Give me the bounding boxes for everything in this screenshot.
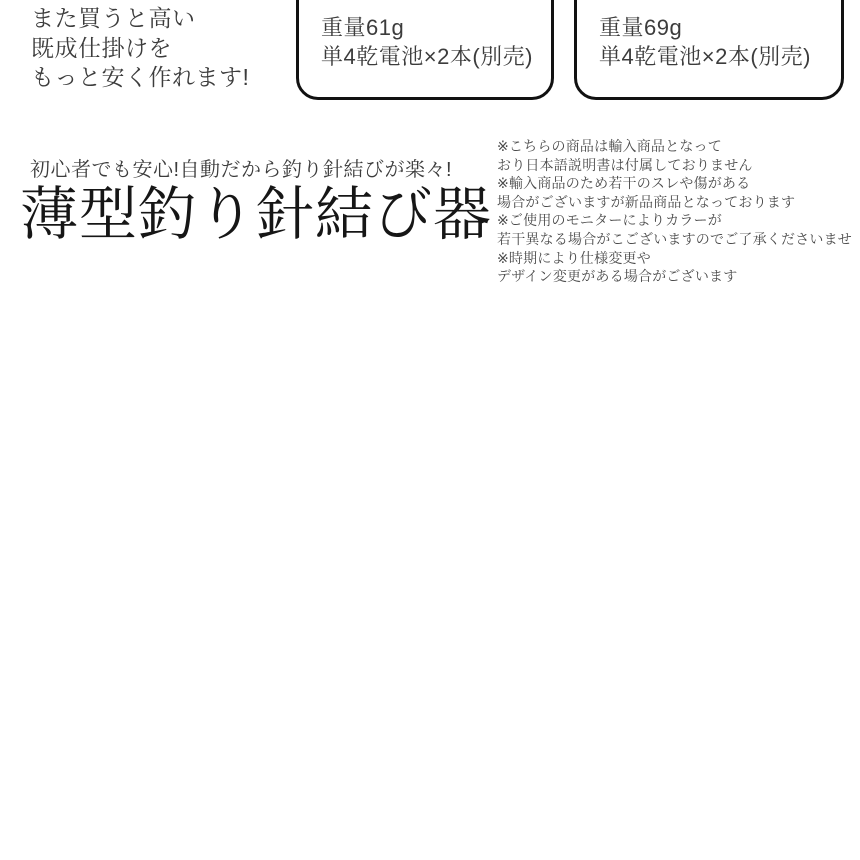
disclaimer-line: ※輸入商品のため若干のスレや傷がある [497, 174, 859, 193]
spec-box-weight-61g: 重量61g 単4乾電池×2本(別売) [296, 0, 554, 100]
headline-subtitle: 初心者でも安心!自動だから釣り針結びが楽々! [30, 153, 452, 182]
disclaimer-line: おり日本語説明書は付属しておりません [497, 156, 859, 175]
note-line: 既成仕掛けを [31, 34, 249, 64]
disclaimer-line: 若干異なる場合がこございますのでご了承くださいませ [497, 230, 859, 249]
spec-weight: 重量61g [321, 13, 551, 42]
disclaimer-line: 場合がございますが新品商品となっております [497, 193, 859, 212]
disclaimer-line: ※こちらの商品は輸入商品となって [497, 137, 859, 156]
disclaimer-line: ※ご使用のモニターによりカラーが [497, 211, 859, 230]
note-line: また買うと高い [31, 4, 249, 34]
disclaimer-line: デザイン変更がある場合がございます [497, 267, 859, 286]
disclaimer-notes: ※こちらの商品は輸入商品となって おり日本語説明書は付属しておりません ※輸入商… [497, 137, 859, 286]
disclaimer-line: ※時期により仕様変更や [497, 249, 859, 268]
product-title: 薄型釣り針結び器 [20, 183, 492, 247]
spec-box-weight-69g: 重量69g 単4乾電池×2本(別売) [574, 0, 844, 100]
spec-battery: 単4乾電池×2本(別売) [321, 42, 551, 71]
spec-battery: 単4乾電池×2本(別売) [599, 42, 841, 71]
top-left-note: また買うと高い 既成仕掛けを もっと安く作れます! [31, 4, 249, 93]
product-banner: また買うと高い 既成仕掛けを もっと安く作れます! 重量61g 単4乾電池×2本… [0, 0, 860, 860]
spec-weight: 重量69g [599, 13, 841, 42]
note-line: もっと安く作れます! [31, 63, 249, 93]
